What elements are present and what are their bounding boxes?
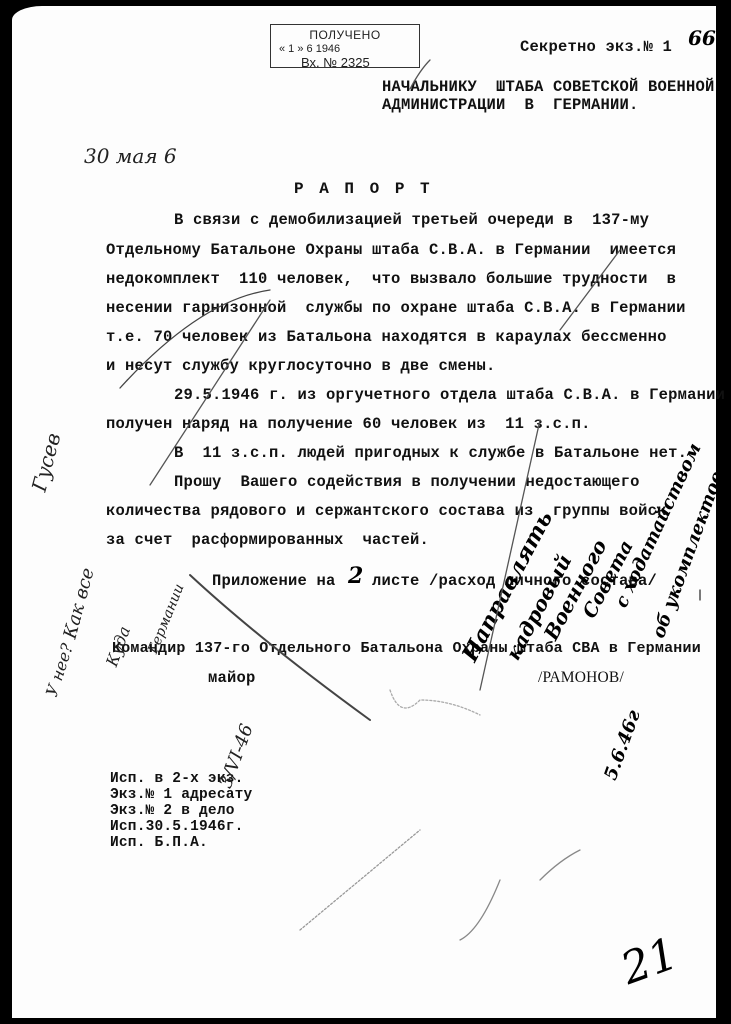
handwritten-strokes	[0, 0, 731, 1024]
